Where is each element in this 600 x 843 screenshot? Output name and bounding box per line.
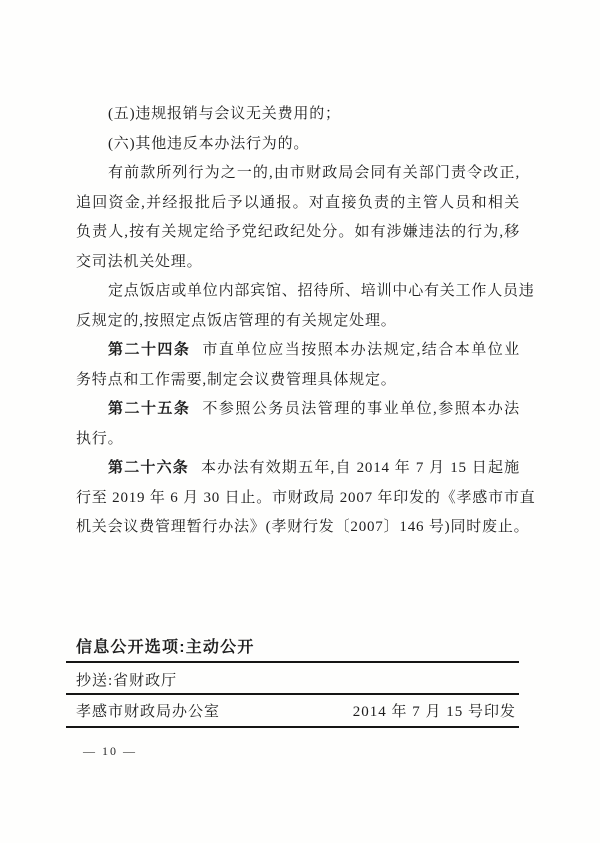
body-line: 有前款所列行为之一的,由市财政局会同有关部门责令改正, [76, 162, 520, 184]
line-text: 追回资金,并经报批后予以通报。对直接负责的主管人员和相关 [76, 195, 520, 211]
article-number: 第二十四条 [108, 341, 190, 358]
line-text: 负责人,按有关规定给予党纪政纪处分。如有涉嫌违法的行为,移 [76, 224, 520, 240]
line-text: 本办法有效期五年,自 2014 年 7 月 15 日起施 [201, 460, 520, 476]
body-line: 执行。 [76, 428, 520, 450]
body-line: 第二十六条本办法有效期五年,自 2014 年 7 月 15 日起施 [76, 457, 520, 479]
body-line: 定点饭店或单位内部宾馆、招待所、培训中心有关工作人员违 [76, 280, 520, 302]
line-text: 市直单位应当按照本办法规定,结合本单位业 [202, 342, 520, 358]
print-date: 2014 年 7 月 15 号印发 [353, 700, 516, 721]
cc-label: 抄送:省财政厅 [76, 669, 177, 690]
body-line: 行至 2019 年 6 月 30 日止。市财政局 2007 年印发的《孝感市市直 [76, 487, 520, 509]
page-number: — 10 — [83, 744, 137, 759]
line-text: 务特点和工作需要,制定会议费管理具体规定。 [76, 372, 397, 388]
body-line: 务特点和工作需要,制定会议费管理具体规定。 [76, 369, 520, 391]
body-line: 交司法机关处理。 [76, 251, 520, 273]
body-line: 反规定的,按照定点饭店管理的有关规定处理。 [76, 310, 520, 332]
line-text: 反规定的,按照定点饭店管理的有关规定处理。 [76, 313, 397, 329]
line-text: 不参照公务员法管理的事业单位,参照本办法 [202, 401, 520, 417]
body-line: (五)违规报销与会议无关费用的； [76, 103, 520, 125]
footer-issuing-row: 孝感市财政局办公室 2014 年 7 月 15 号印发 [76, 700, 516, 721]
body-line: 第二十四条市直单位应当按照本办法规定,结合本单位业 [76, 339, 520, 361]
footer-divider-bottom [66, 726, 519, 728]
article-number: 第二十五条 [108, 400, 190, 417]
line-text: (五)违规报销与会议无关费用的； [108, 106, 341, 122]
body-line: (六)其他违反本办法行为的。 [76, 133, 520, 155]
article-number: 第二十六条 [108, 459, 189, 476]
line-text: 机关会议费管理暂行办法》(孝财行发〔2007〕146 号)同时废止。 [76, 519, 529, 535]
body-line: 机关会议费管理暂行办法》(孝财行发〔2007〕146 号)同时废止。 [76, 516, 520, 538]
info-disclosure-label: 信息公开选项:主动公开 [76, 634, 255, 657]
body-line: 负责人,按有关规定给予党纪政纪处分。如有涉嫌违法的行为,移 [76, 221, 520, 243]
body-line: 第二十五条不参照公务员法管理的事业单位,参照本办法 [76, 398, 520, 420]
footer-divider-top [66, 661, 519, 663]
body-line: 追回资金,并经报批后予以通报。对直接负责的主管人员和相关 [76, 192, 520, 214]
line-text: (六)其他违反本办法行为的。 [108, 136, 309, 152]
line-text: 行至 2019 年 6 月 30 日止。市财政局 2007 年印发的《孝感市市直 [76, 490, 536, 506]
footer-divider-middle [66, 693, 519, 695]
document-page: (五)违规报销与会议无关费用的； (六)其他违反本办法行为的。 有前款所列行为之… [0, 0, 600, 843]
line-text: 执行。 [76, 431, 123, 447]
line-text: 定点饭店或单位内部宾馆、招待所、培训中心有关工作人员违 [108, 283, 535, 299]
issuing-office: 孝感市财政局办公室 [76, 700, 220, 721]
line-text: 交司法机关处理。 [76, 254, 202, 270]
line-text: 有前款所列行为之一的,由市财政局会同有关部门责令改正, [108, 165, 520, 181]
